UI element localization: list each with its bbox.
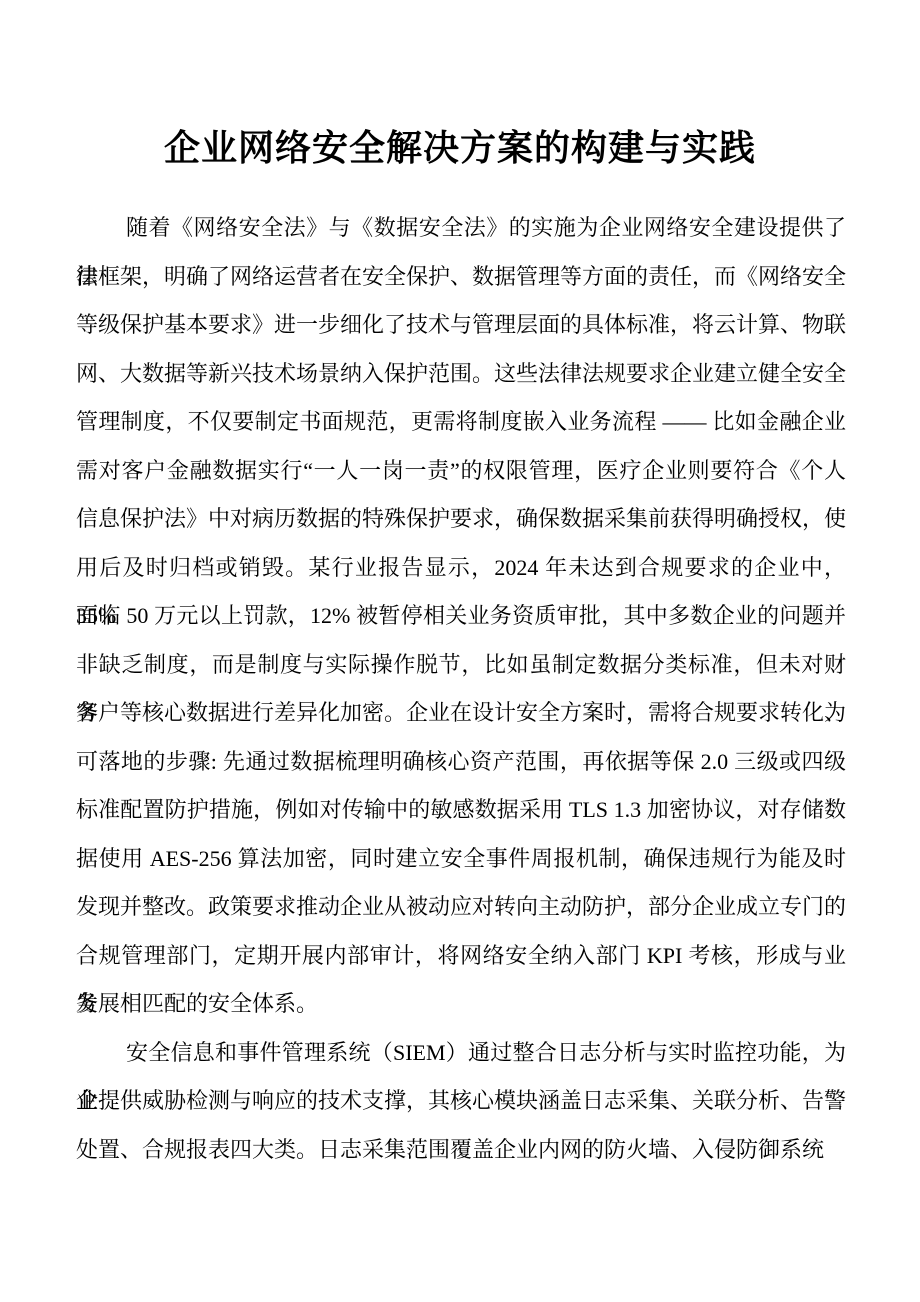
text-line: 合规管理部门，定期开展内部审计，将网络安全纳入部门 KPI 考核，形成与业务 <box>76 932 846 981</box>
text-line: 信息保护法》中对病历数据的特殊保护要求，确保数据采集前获得明确授权，使 <box>76 495 846 544</box>
text-line: 处置、合规报表四大类。日志采集范围覆盖企业内网的防火墙、入侵防御系统 <box>76 1126 846 1175</box>
paragraph-1: 随着《网络安全法》与《数据安全法》的实施为企业网络安全建设提供了法 律框架，明确… <box>76 204 846 1029</box>
text-line: 管理制度，不仅要制定书面规范，更需将制度嵌入业务流程 —— 比如金融企业 <box>76 398 846 447</box>
paragraph-2: 安全信息和事件管理系统（SIEM）通过整合日志分析与实时监控功能，为企 业提供威… <box>76 1029 846 1175</box>
text-line: 安全信息和事件管理系统（SIEM）通过整合日志分析与实时监控功能，为企 <box>76 1029 846 1078</box>
text-line: 标准配置防护措施，例如对传输中的敏感数据采用 TLS 1.3 加密协议，对存储数 <box>76 786 846 835</box>
text-line: 随着《网络安全法》与《数据安全法》的实施为企业网络安全建设提供了法 <box>76 204 846 253</box>
text-line: 发现并整改。政策要求推动企业从被动应对转向主动防护，部分企业成立专门的 <box>76 883 846 932</box>
text-line: 可落地的步骤: 先通过数据梳理明确核心资产范围，再依据等保 2.0 三级或四级 <box>76 738 846 787</box>
text-line: 非缺乏制度，而是制度与实际操作脱节，比如虽制定数据分类标准，但未对财务、 <box>76 641 846 690</box>
text-line: 客户等核心数据进行差异化加密。企业在设计安全方案时，需将合规要求转化为 <box>76 689 846 738</box>
document-body: 随着《网络安全法》与《数据安全法》的实施为企业网络安全建设提供了法 律框架，明确… <box>76 204 846 1174</box>
text-line: 面临 50 万元以上罚款，12% 被暂停相关业务资质审批，其中多数企业的问题并 <box>76 592 846 641</box>
text-line: 网、大数据等新兴技术场景纳入保护范围。这些法律法规要求企业建立健全安全 <box>76 350 846 399</box>
document-title: 企业网络安全解决方案的构建与实践 <box>0 126 920 170</box>
text-line: 需对客户金融数据实行“一人一岗一责”的权限管理，医疗企业则要符合《个人 <box>76 447 846 496</box>
text-line: 律框架，明确了网络运营者在安全保护、数据管理等方面的责任，而《网络安全 <box>76 253 846 302</box>
document-page: 企业网络安全解决方案的构建与实践 随着《网络安全法》与《数据安全法》的实施为企业… <box>0 0 920 1302</box>
text-line: 据使用 AES-256 算法加密，同时建立安全事件周报机制，确保违规行为能及时 <box>76 835 846 884</box>
text-line: 用后及时归档或销毁。某行业报告显示，2024 年未达到合规要求的企业中，35% <box>76 544 846 593</box>
text-line: 发展相匹配的安全体系。 <box>76 980 846 1029</box>
text-line: 业提供威胁检测与响应的技术支撑，其核心模块涵盖日志采集、关联分析、告警 <box>76 1077 846 1126</box>
text-line: 等级保护基本要求》进一步细化了技术与管理层面的具体标准，将云计算、物联 <box>76 301 846 350</box>
